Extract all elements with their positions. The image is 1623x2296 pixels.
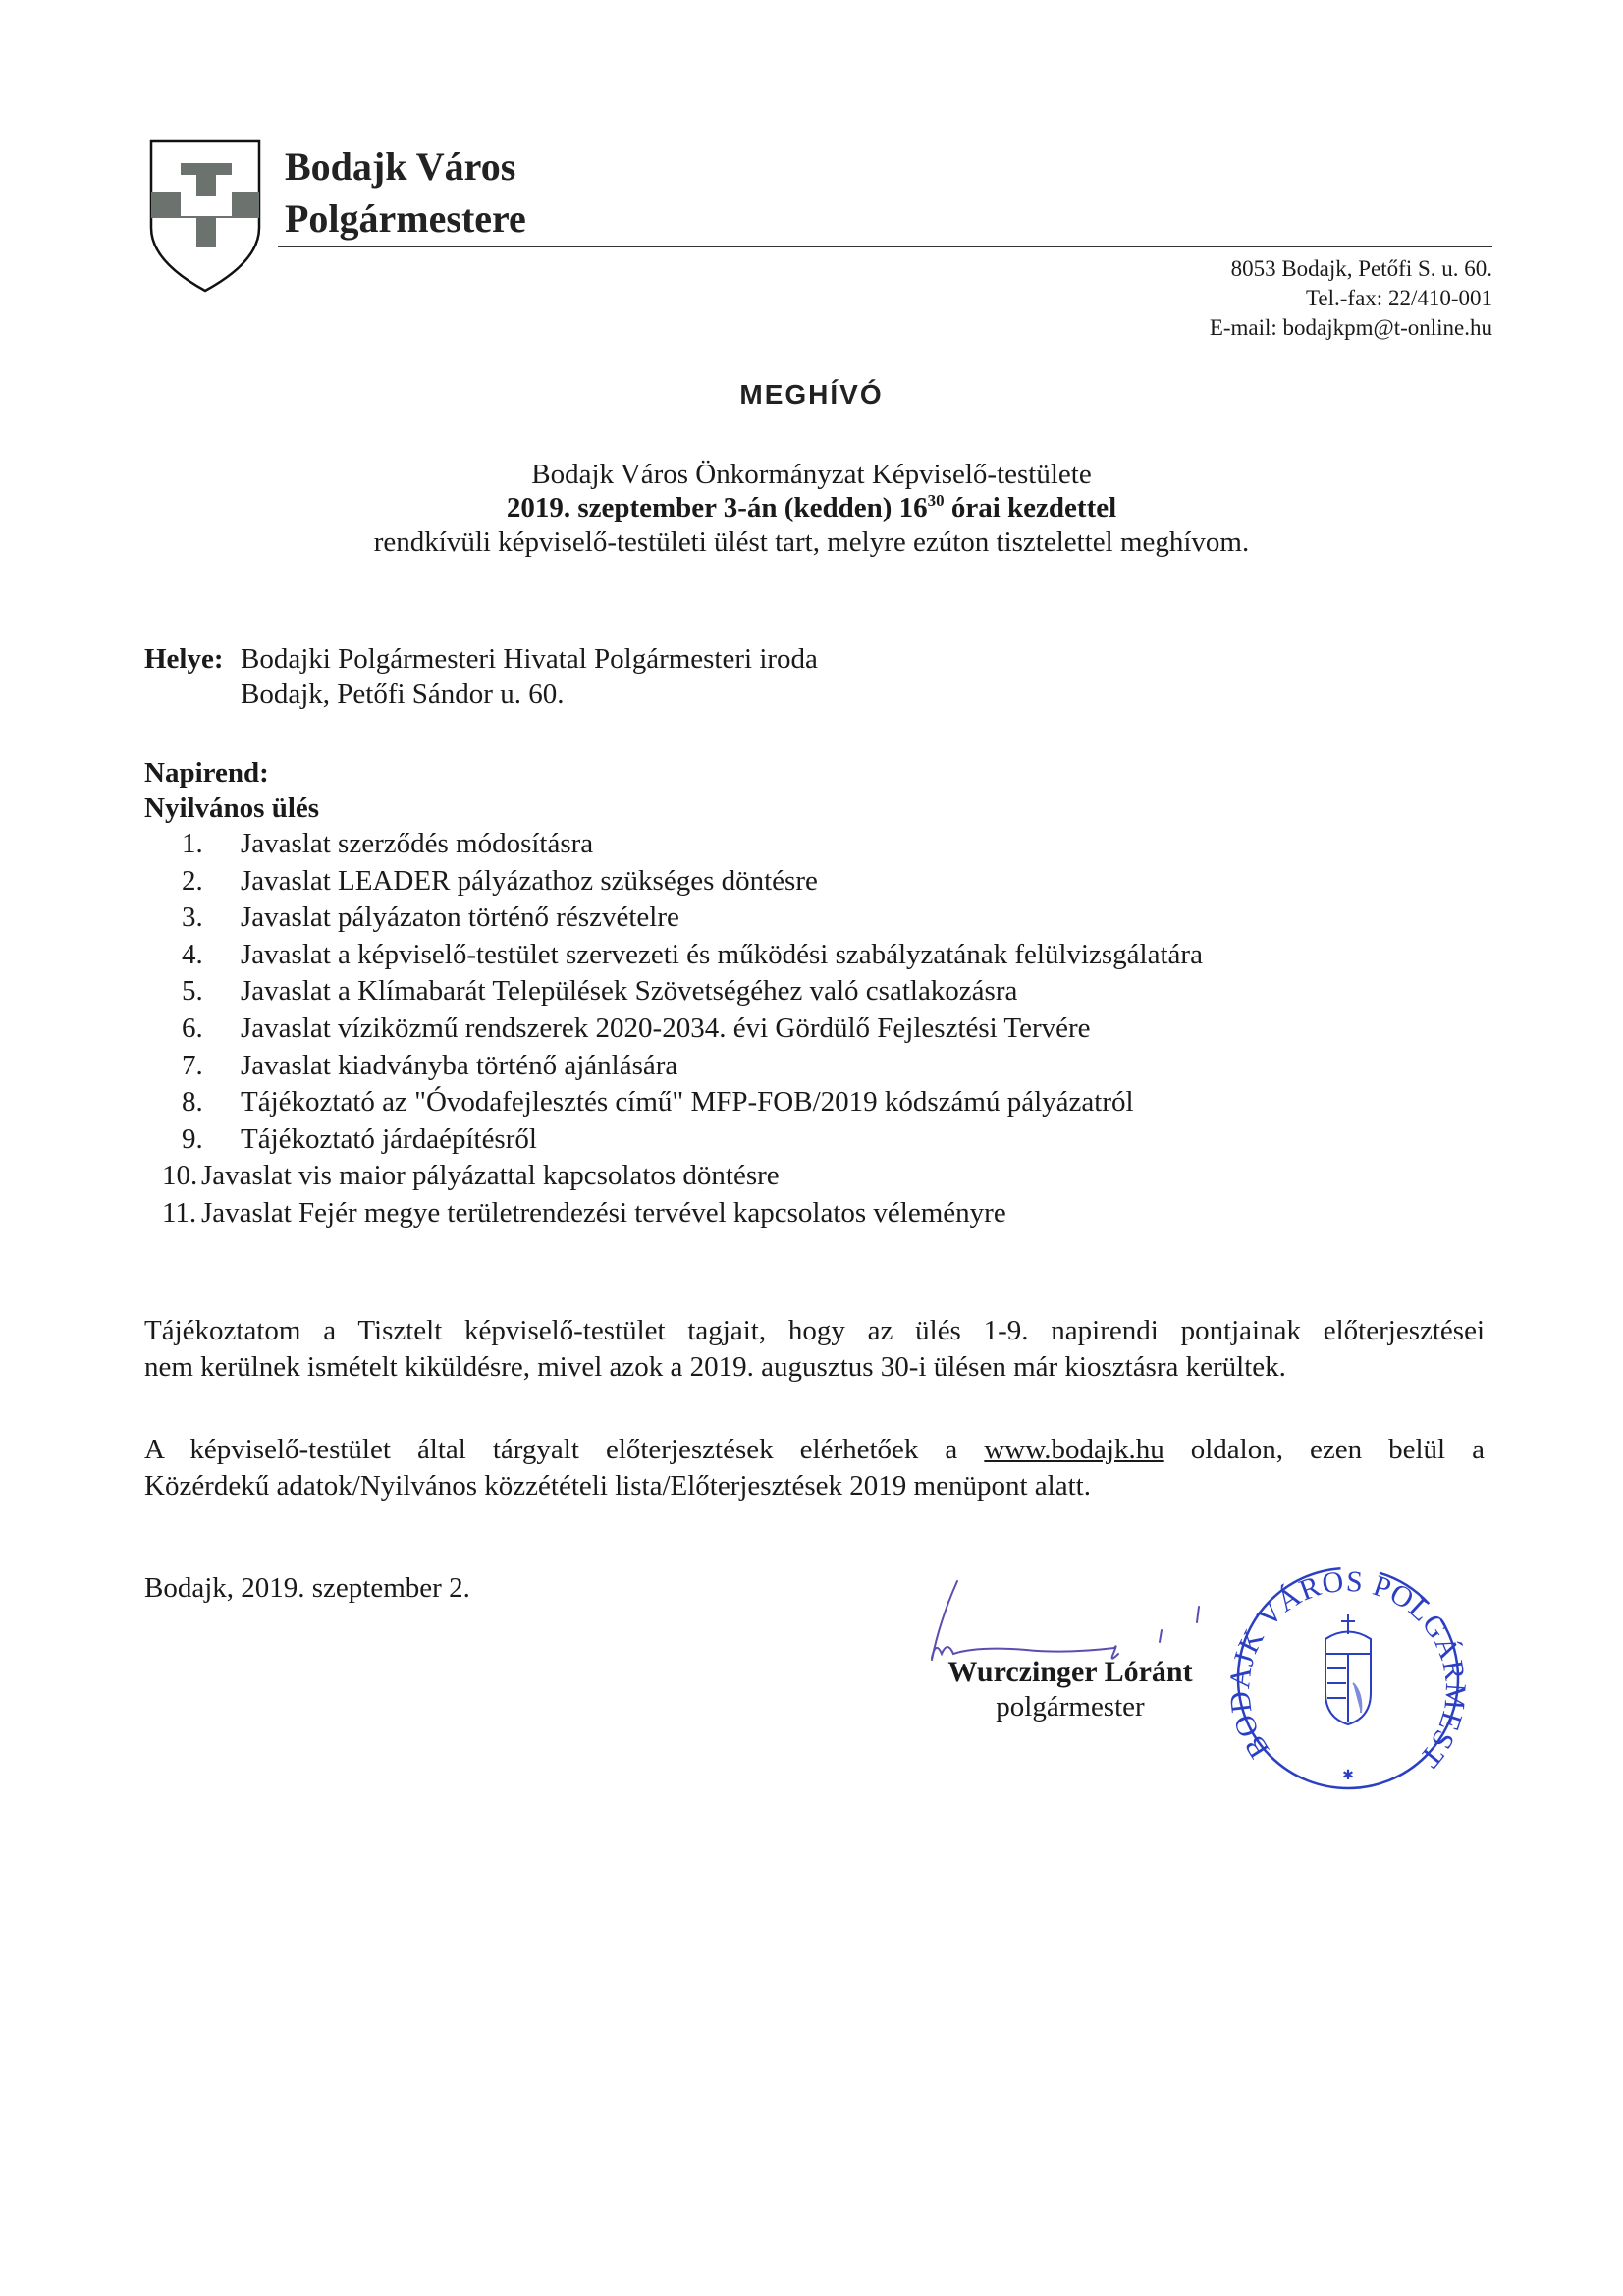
contact-address: 8053 Bodajk, Petőfi S. u. 60. — [1231, 255, 1492, 283]
agenda-item-text: Javaslat a képviselő-testület szervezeti… — [241, 939, 1203, 970]
agenda-item-text: Javaslat LEADER pályázathoz szükséges dö… — [241, 865, 818, 897]
availability-line-2: Közérdekű adatok/Nyilvános közzétételi l… — [144, 1468, 1485, 1504]
agenda-item-number: 10. — [162, 1159, 201, 1192]
header-divider — [278, 246, 1492, 247]
agenda-item-number: 4. — [182, 938, 241, 971]
meeting-datetime: 2019. szeptember 3-án (kedden) 1630 órai… — [0, 491, 1623, 524]
agenda-item-number: 7. — [182, 1049, 241, 1082]
official-stamp-icon: BODAJK VÁROS POLGÁRMESTERE ✱ — [1217, 1556, 1478, 1801]
coat-of-arms-logo-icon — [147, 137, 263, 295]
agenda-item-number: 6. — [182, 1011, 241, 1045]
notice-line-1: Tájékoztatom a Tisztelt képviselő-testül… — [144, 1313, 1485, 1349]
contact-tel-fax: Tel.-fax: 22/410-001 — [1306, 285, 1492, 312]
meeting-minutes: 30 — [928, 491, 945, 510]
notice-paragraph: Tájékoztatom a Tisztelt képviselő-testül… — [144, 1313, 1485, 1386]
agenda-item: 8.Tájékoztató az "Óvodafejlesztés című" … — [182, 1085, 1203, 1122]
agenda-item-text: Javaslat víziközmű rendszerek 2020-2034.… — [241, 1012, 1091, 1044]
agenda-item: 9.Tájékoztató járdaépítésről — [182, 1122, 1203, 1160]
stamp-text: BODAJK VÁROS POLGÁRMESTERE — [1217, 1556, 1472, 1775]
agenda-item-number: 2. — [182, 864, 241, 898]
agenda-item-text: Javaslat szerződés módosításra — [241, 828, 593, 859]
intro-line-3: rendkívüli képviselő-testületi ülést tar… — [0, 525, 1623, 559]
meeting-time-suffix: órai kezdettel — [945, 492, 1117, 523]
availability-text-before: A képviselő-testület által tárgyalt előt… — [144, 1434, 984, 1465]
agenda-item: 3.Javaslat pályázaton történő részvételr… — [182, 901, 1203, 938]
org-name-line1: Bodajk Város — [285, 147, 515, 187]
agenda-item-text: Javaslat pályázaton történő részvételre — [241, 902, 679, 933]
signer-name: Wurczinger Lóránt — [913, 1656, 1227, 1689]
date-line: Bodajk, 2019. szeptember 2. — [144, 1571, 470, 1605]
meeting-date: 2019. szeptember 3-án (kedden) 16 — [507, 492, 928, 523]
agenda-item-number: 3. — [182, 901, 241, 934]
signer-title: polgármester — [913, 1691, 1227, 1723]
website-link[interactable]: www.bodajk.hu — [984, 1434, 1163, 1465]
agenda-item-number: 5. — [182, 974, 241, 1008]
session-label: Nyilvános ülés — [144, 792, 319, 825]
agenda-item-number: 8. — [182, 1085, 241, 1119]
agenda-item-text: Javaslat vis maior pályázattal kapcsolat… — [201, 1160, 780, 1191]
agenda-item: 11.Javaslat Fejér megye területrendezési… — [182, 1196, 1203, 1233]
agenda-item: 7.Javaslat kiadványba történő ajánlására — [182, 1049, 1203, 1086]
agenda-item-text: Javaslat kiadványba történő ajánlására — [241, 1050, 677, 1081]
availability-text-after: oldalon, ezen belül a — [1164, 1434, 1485, 1465]
agenda-item: 6.Javaslat víziközmű rendszerek 2020-203… — [182, 1011, 1203, 1049]
intro-line-1: Bodajk Város Önkormányzat Képviselő-test… — [0, 458, 1623, 491]
agenda-item: 1.Javaslat szerződés módosításra — [182, 827, 1203, 864]
agenda-item-text: Tájékoztató az "Óvodafejlesztés című" MF… — [241, 1086, 1134, 1118]
document-title: MEGHÍVÓ — [0, 379, 1623, 410]
agenda-item: 5.Javaslat a Klímabarát Települések Szöv… — [182, 974, 1203, 1011]
org-name-line2: Polgármestere — [285, 199, 526, 239]
availability-paragraph: A képviselő-testület által tárgyalt előt… — [144, 1432, 1485, 1504]
availability-line-1: A képviselő-testület által tárgyalt előt… — [144, 1432, 1485, 1468]
agenda-item-text: Javaslat a Klímabarát Települések Szövet… — [241, 975, 1017, 1007]
hungarian-coat-of-arms-icon — [1325, 1614, 1371, 1724]
agenda-item: 10.Javaslat vis maior pályázattal kapcso… — [182, 1159, 1203, 1196]
agenda-item-text: Tájékoztató járdaépítésről — [241, 1123, 537, 1155]
stamp-star-icon: ✱ — [1342, 1769, 1354, 1783]
place-line-2: Bodajk, Petőfi Sándor u. 60. — [241, 678, 564, 711]
agenda-label: Napirend: — [144, 756, 269, 790]
svg-text:BODAJK VÁROS POLGÁRMESTERE: BODAJK VÁROS POLGÁRMESTERE — [1217, 1556, 1472, 1775]
agenda-item-number: 9. — [182, 1122, 241, 1156]
agenda-item-number: 1. — [182, 827, 241, 860]
agenda-item: 2.Javaslat LEADER pályázathoz szükséges … — [182, 864, 1203, 902]
agenda-item: 4.Javaslat a képviselő-testület szerveze… — [182, 938, 1203, 975]
place-line-1: Bodajki Polgármesteri Hivatal Polgármest… — [241, 642, 818, 676]
agenda-list: 1.Javaslat szerződés módosításra2.Javasl… — [182, 827, 1203, 1233]
place-label: Helye: — [144, 642, 224, 676]
agenda-item-text: Javaslat Fejér megye területrendezési te… — [201, 1197, 1006, 1229]
notice-line-2: nem kerülnek ismételt kiküldésre, mivel … — [144, 1349, 1485, 1386]
agenda-item-number: 11. — [162, 1196, 201, 1230]
contact-email: E-mail: bodajkpm@t-online.hu — [1210, 314, 1492, 342]
